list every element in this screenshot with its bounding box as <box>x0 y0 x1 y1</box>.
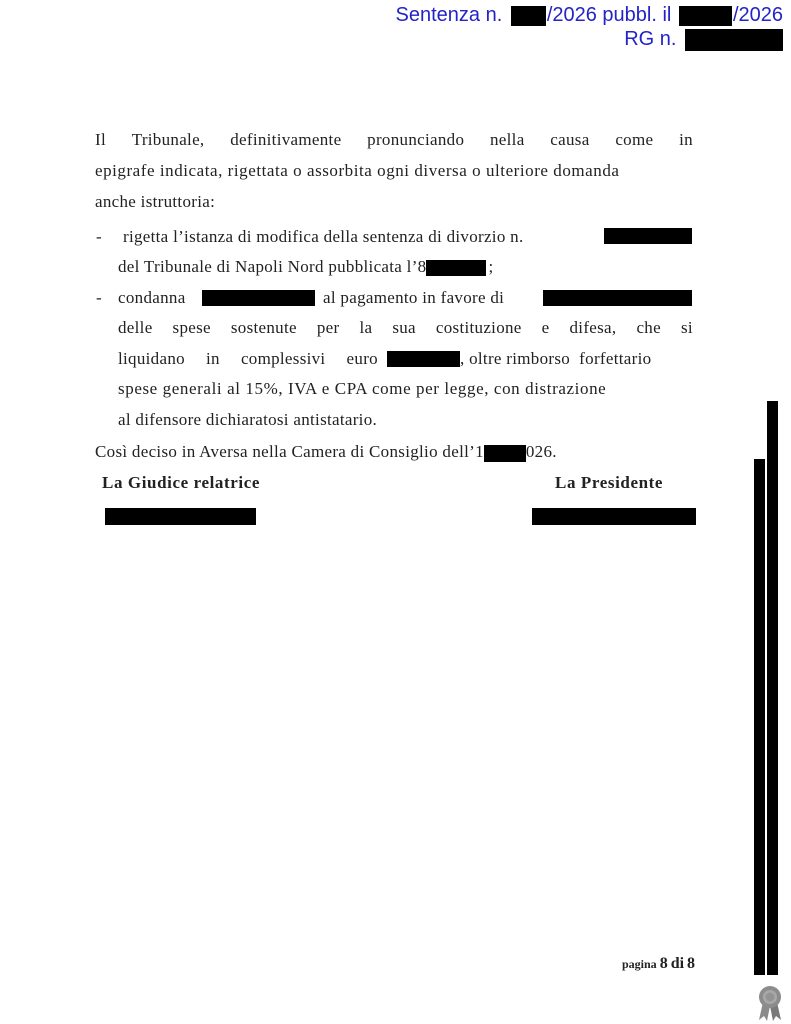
redacted-judge-name <box>105 508 256 525</box>
redacted-beneficiary-party <box>543 290 692 306</box>
page-total: 8 <box>687 955 695 972</box>
redacted-rg-number <box>685 29 783 51</box>
item-2-line-4: spese generali al 15%, IVA e CPA come pe… <box>118 379 606 399</box>
page-number: pagina 8 di 8 <box>622 955 695 973</box>
intro-line-1: IlTribunale,definitivamentepronunciandon… <box>95 130 693 150</box>
redacted-divorce-sentence-number <box>604 228 692 244</box>
item-2-line-2-word: la <box>359 318 372 338</box>
item-2-line-2-word: delle <box>118 318 153 338</box>
intro-word: in <box>679 130 693 150</box>
item-2-line-2-word: che <box>636 318 661 338</box>
redacted-publication-date <box>679 6 732 26</box>
sentence-number-label: Sentenza n. <box>396 4 503 26</box>
intro-word: pronunciando <box>367 130 464 150</box>
header-line-2: RG n. <box>624 28 783 51</box>
item-2-line-2-word: difesa, <box>570 318 617 338</box>
redacted-amount <box>387 351 460 367</box>
intro-word: Tribunale, <box>132 130 205 150</box>
item-2-line-2-word: sua <box>392 318 416 338</box>
intro-word: causa <box>550 130 589 150</box>
intro-word: Il <box>95 130 106 150</box>
item-2-line-3-word: in <box>206 349 220 369</box>
intro-line-2: epigrafe indicata, rigettata o assorbita… <box>95 161 693 181</box>
certification-seal-icon <box>754 984 786 1022</box>
intro-line-3: anche istruttoria: <box>95 192 215 212</box>
judge-signature-label: La Giudice relatrice <box>102 473 260 493</box>
item-2-line-3-word: euro <box>347 349 378 369</box>
item-2-line-2-word: per <box>317 318 340 338</box>
item-1-line-2: del Tribunale di Napoli Nord pubblicata … <box>118 257 494 277</box>
redacted-sentence-number <box>511 6 546 26</box>
president-signature-label: La Presidente <box>555 473 663 493</box>
closing-year: 026. <box>526 442 557 461</box>
item-2-line-2-word: spese <box>173 318 211 338</box>
margin-bar-left <box>754 459 765 975</box>
redacted-condemned-party <box>202 290 315 306</box>
intro-word: nella <box>490 130 525 150</box>
closing-line: Così deciso in Aversa nella Camera di Co… <box>95 442 557 462</box>
item-1-text: rigetta l’istanza di modifica della sent… <box>123 227 524 246</box>
item-1-line-2-end: ; <box>488 257 493 276</box>
item-2-line-2: dellespesesostenuteperlasuacostituzionee… <box>118 318 693 338</box>
intro-word: come <box>615 130 653 150</box>
publication-label: /2026 pubbl. il <box>547 4 672 26</box>
item-1-line-1: rigetta l’istanza di modifica della sent… <box>123 227 524 247</box>
header-line-1: Sentenza n. /2026 pubbl. il /2026 <box>396 4 783 26</box>
redacted-publication-date-divorce <box>426 260 486 276</box>
item-2-line-1-mid: al pagamento in favore di <box>323 288 504 308</box>
item-2-condanna: condanna <box>118 288 186 308</box>
item-2-line-3-prefix: liquidanoincomplessivieuro <box>118 349 378 369</box>
margin-bar-right <box>767 401 778 975</box>
item-1-bullet: - <box>96 227 102 247</box>
closing-text: Così deciso in Aversa nella Camera di Co… <box>95 442 484 461</box>
item-2-line-5: al difensore dichiaratosi antistatario. <box>118 410 377 430</box>
item-2-line-2-word: e <box>542 318 550 338</box>
item-2-line-2-word: si <box>681 318 693 338</box>
publication-year: /2026 <box>733 4 783 26</box>
redacted-decision-date <box>484 445 526 462</box>
page-word: pagina <box>622 957 657 971</box>
intro-word: definitivamente <box>230 130 341 150</box>
item-2-line-3-suffix: , oltre rimborso forfettario <box>460 349 651 369</box>
item-2-bullet: - <box>96 288 102 308</box>
item-1-line-2-text: del Tribunale di Napoli Nord pubblicata … <box>118 257 426 276</box>
page-of-word: di <box>671 955 684 972</box>
item-2-line-2-word: sostenute <box>231 318 297 338</box>
redacted-president-name <box>532 508 696 525</box>
item-2-line-3-word: liquidano <box>118 349 185 369</box>
item-2-line-2-word: costituzione <box>436 318 522 338</box>
item-2-line-3-word: complessivi <box>241 349 326 369</box>
rg-number-label: RG n. <box>624 28 676 50</box>
page-current: 8 <box>660 955 668 972</box>
